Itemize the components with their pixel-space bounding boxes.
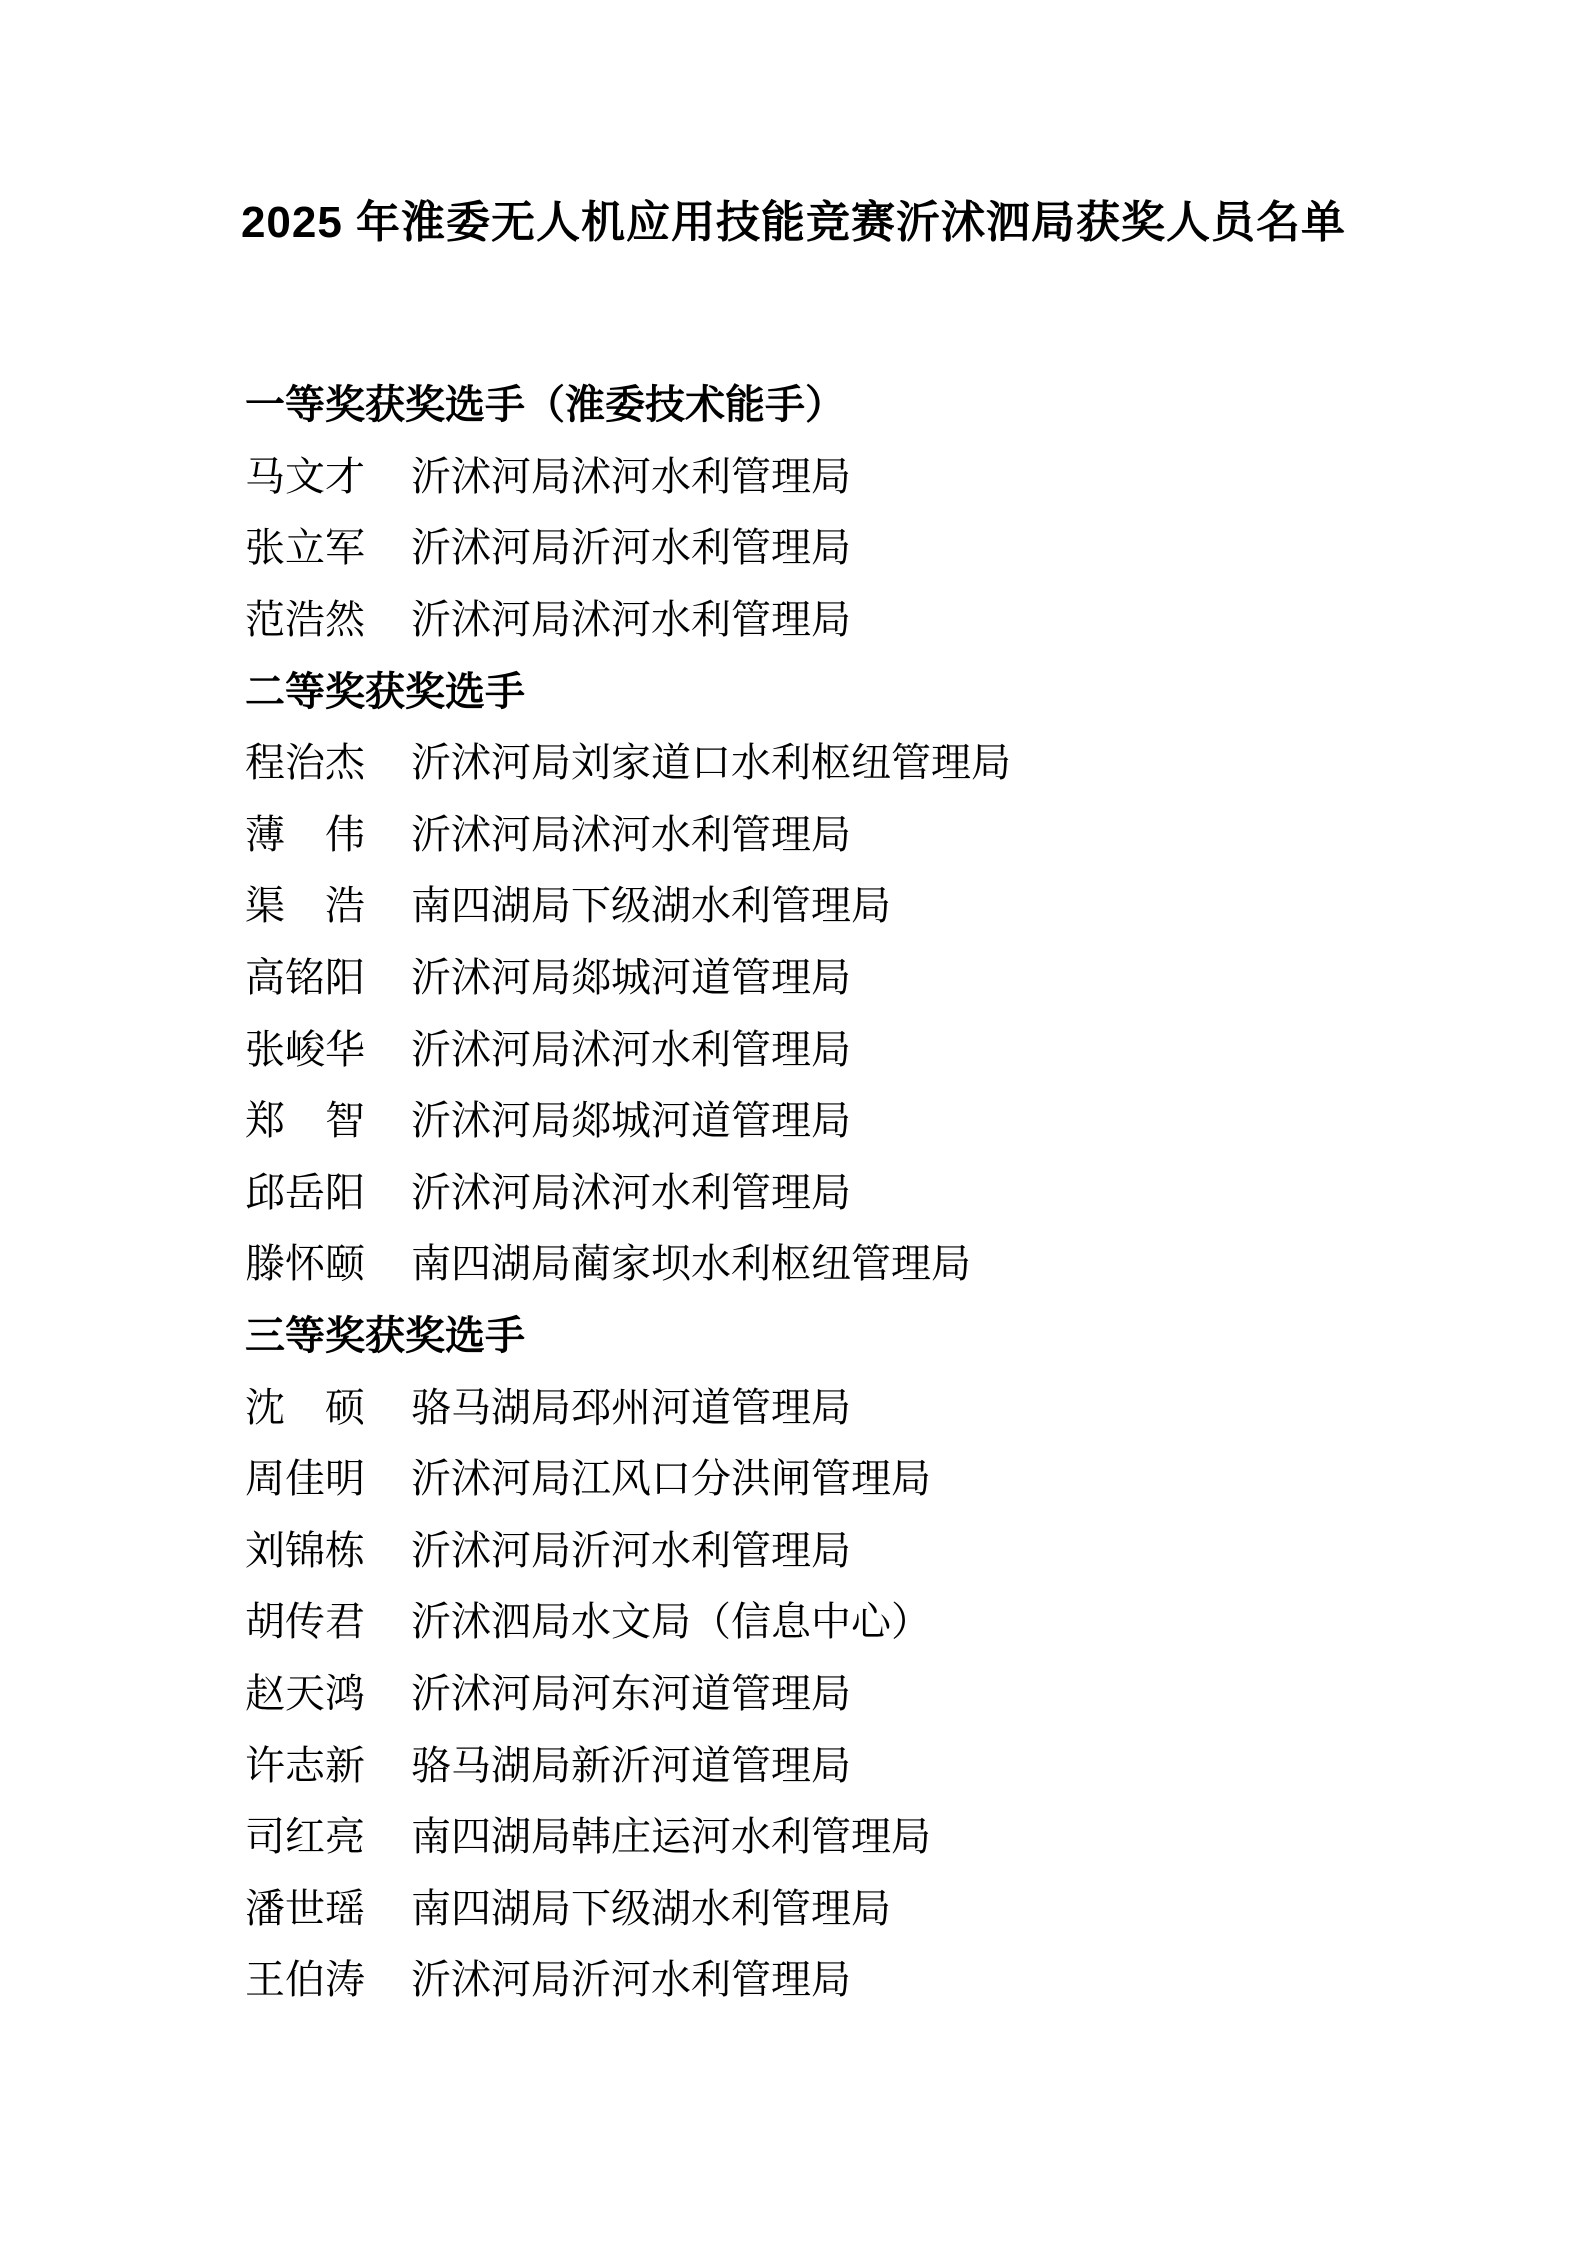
winner-org: 骆马湖局新沂河道管理局 — [411, 1734, 851, 1791]
winner-name: 邱岳阳 — [245, 1161, 411, 1218]
document-title: 2025 年淮委无人机应用技能竞赛沂沭泗局获奖人员名单 — [0, 186, 1587, 250]
winner-org: 沂沭泗局水文局（信息中心） — [411, 1590, 931, 1647]
winner-name: 滕怀颐 — [245, 1232, 411, 1289]
winner-row: 邱岳阳 沂沭河局沭河水利管理局 — [245, 1154, 1445, 1226]
winner-row: 赵天鸿 沂沭河局河东河道管理局 — [245, 1655, 1445, 1727]
winner-org: 沂沭河局沭河水利管理局 — [411, 588, 851, 645]
winner-name: 赵天鸿 — [245, 1662, 411, 1719]
winner-org: 沂沭河局沭河水利管理局 — [411, 803, 851, 860]
winner-name: 马文才 — [245, 445, 411, 502]
section-rows: 沈 硕 骆马湖局邳州河道管理局 周佳明 沂沭河局江风口分洪闸管理局 刘锦栋 沂沭… — [245, 1368, 1445, 2012]
winner-name: 王伯涛 — [245, 1948, 411, 2005]
winner-name: 潘世瑶 — [245, 1877, 411, 1934]
winner-name: 薄 伟 — [245, 803, 411, 860]
winner-row: 周佳明 沂沭河局江风口分洪闸管理局 — [245, 1440, 1445, 1512]
winner-row: 马文才 沂沭河局沭河水利管理局 — [245, 438, 1445, 510]
winner-row: 沈 硕 骆马湖局邳州河道管理局 — [245, 1368, 1445, 1440]
document-page: 2025 年淮委无人机应用技能竞赛沂沭泗局获奖人员名单 一等奖获奖选手（淮委技术… — [0, 0, 1587, 2245]
winner-row: 王伯涛 沂沭河局沂河水利管理局 — [245, 1941, 1445, 2013]
section-header: 一等奖获奖选手（淮委技术能手） — [245, 366, 1445, 438]
winner-name: 刘锦栋 — [245, 1519, 411, 1576]
winner-org: 骆马湖局邳州河道管理局 — [411, 1376, 851, 1433]
winner-row: 范浩然 沂沭河局沭河水利管理局 — [245, 581, 1445, 653]
award-section: 三等奖获奖选手 沈 硕 骆马湖局邳州河道管理局 周佳明 沂沭河局江风口分洪闸管理… — [245, 1297, 1445, 2013]
winner-row: 滕怀颐 南四湖局蔺家坝水利枢纽管理局 — [245, 1225, 1445, 1297]
winner-row: 薄 伟 沂沭河局沭河水利管理局 — [245, 796, 1445, 868]
winner-org: 沂沭河局江风口分洪闸管理局 — [411, 1447, 931, 1504]
winner-row: 张峻华 沂沭河局沭河水利管理局 — [245, 1010, 1445, 1082]
winner-org: 南四湖局下级湖水利管理局 — [411, 874, 891, 931]
winner-name: 沈 硕 — [245, 1376, 411, 1433]
winner-row: 胡传君 沂沭泗局水文局（信息中心） — [245, 1583, 1445, 1655]
winner-name: 许志新 — [245, 1734, 411, 1791]
winner-name: 郑 智 — [245, 1089, 411, 1146]
winner-org: 沂沭河局沭河水利管理局 — [411, 1018, 851, 1075]
winner-name: 渠 浩 — [245, 874, 411, 931]
winner-name: 张立军 — [245, 516, 411, 573]
winner-org: 沂沭河局沂河水利管理局 — [411, 1948, 851, 2005]
winner-row: 郑 智 沂沭河局郯城河道管理局 — [245, 1082, 1445, 1154]
winner-name: 周佳明 — [245, 1447, 411, 1504]
winner-org: 南四湖局下级湖水利管理局 — [411, 1877, 891, 1934]
winner-row: 司红亮 南四湖局韩庄运河水利管理局 — [245, 1798, 1445, 1870]
winner-org: 沂沭河局沂河水利管理局 — [411, 1519, 851, 1576]
winner-org: 沂沭河局沭河水利管理局 — [411, 445, 851, 502]
winner-name: 胡传君 — [245, 1590, 411, 1647]
winner-org: 沂沭河局沂河水利管理局 — [411, 516, 851, 573]
winner-name: 范浩然 — [245, 588, 411, 645]
award-list: 一等奖获奖选手（淮委技术能手） 马文才 沂沭河局沭河水利管理局 张立军 沂沭河局… — [245, 366, 1445, 2013]
section-header: 三等奖获奖选手 — [245, 1297, 1445, 1369]
winner-org: 沂沭河局郯城河道管理局 — [411, 946, 851, 1003]
winner-row: 潘世瑶 南四湖局下级湖水利管理局 — [245, 1869, 1445, 1941]
winner-name: 张峻华 — [245, 1018, 411, 1075]
winner-org: 沂沭河局郯城河道管理局 — [411, 1089, 851, 1146]
winner-org: 南四湖局蔺家坝水利枢纽管理局 — [411, 1232, 971, 1289]
winner-org: 沂沭河局河东河道管理局 — [411, 1662, 851, 1719]
winner-org: 沂沭河局沭河水利管理局 — [411, 1161, 851, 1218]
winner-row: 高铭阳 沂沭河局郯城河道管理局 — [245, 939, 1445, 1011]
winner-name: 程治杰 — [245, 731, 411, 788]
winner-org: 沂沭河局刘家道口水利枢纽管理局 — [411, 731, 1011, 788]
section-rows: 马文才 沂沭河局沭河水利管理局 张立军 沂沭河局沂河水利管理局 范浩然 沂沭河局… — [245, 438, 1445, 653]
award-section: 二等奖获奖选手 程治杰 沂沭河局刘家道口水利枢纽管理局 薄 伟 沂沭河局沭河水利… — [245, 652, 1445, 1296]
section-rows: 程治杰 沂沭河局刘家道口水利枢纽管理局 薄 伟 沂沭河局沭河水利管理局 渠 浩 … — [245, 724, 1445, 1297]
winner-row: 张立军 沂沭河局沂河水利管理局 — [245, 509, 1445, 581]
winner-name: 高铭阳 — [245, 946, 411, 1003]
winner-row: 许志新 骆马湖局新沂河道管理局 — [245, 1726, 1445, 1798]
winner-org: 南四湖局韩庄运河水利管理局 — [411, 1805, 931, 1862]
section-header: 二等奖获奖选手 — [245, 652, 1445, 724]
winner-name: 司红亮 — [245, 1805, 411, 1862]
winner-row: 渠 浩 南四湖局下级湖水利管理局 — [245, 867, 1445, 939]
award-section: 一等奖获奖选手（淮委技术能手） 马文才 沂沭河局沭河水利管理局 张立军 沂沭河局… — [245, 366, 1445, 652]
winner-row: 刘锦栋 沂沭河局沂河水利管理局 — [245, 1512, 1445, 1584]
winner-row: 程治杰 沂沭河局刘家道口水利枢纽管理局 — [245, 724, 1445, 796]
